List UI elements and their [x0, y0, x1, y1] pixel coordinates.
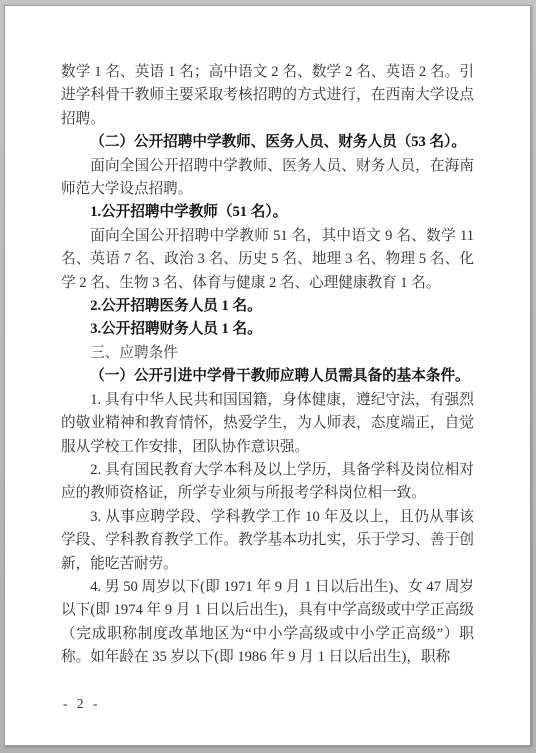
document-viewer-background: 数学 1 名、英语 1 名；高中语文 2 名、数学 2 名、英语 2 名。引进学… — [0, 0, 536, 753]
heading-basic-conditions: （一）公开引进中学骨干教师应聘人员需具备的基本条件。 — [61, 365, 474, 388]
paragraph-condition-2: 2. 具有国民教育大学本科及以上学历，具备学科及岗位相对应的教师资格证，所学专业… — [61, 459, 474, 506]
heading-teachers-51: 1.公开招聘中学教师（51 名）。 — [61, 201, 474, 224]
section-heading-application-conditions: 三、应聘条件 — [61, 342, 474, 365]
heading-open-recruitment-53: （二）公开招聘中学教师、医务人员、财务人员（53 名）。 — [61, 131, 474, 154]
heading-medical-staff-1: 2.公开招聘医务人员 1 名。 — [61, 295, 474, 318]
paragraph-recruitment-location: 面向全国公开招聘中学教师、医务人员、财务人员，在海南师范大学设点招聘。 — [61, 155, 474, 202]
page-number: - 2 - — [63, 696, 101, 712]
heading-finance-staff-1: 3.公开招聘财务人员 1 名。 — [61, 318, 474, 341]
paragraph-condition-3: 3. 从事应聘学段、学科教学工作 10 年及以上，且仍从事该学段、学科教育教学工… — [61, 506, 474, 576]
paragraph-subject-breakdown: 面向全国公开招聘中学教师 51 名，其中语文 9 名、数学 11 名、英语 7 … — [61, 225, 474, 295]
paragraph-continuation: 数学 1 名、英语 1 名；高中语文 2 名、数学 2 名、英语 2 名。引进学… — [61, 61, 474, 131]
document-page: 数学 1 名、英语 1 名；高中语文 2 名、数学 2 名、英语 2 名。引进学… — [4, 5, 531, 746]
paragraph-condition-1: 1. 具有中华人民共和国国籍，身体健康，遵纪守法，有强烈的敬业精神和教育情怀，热… — [61, 389, 474, 459]
document-text-block: 数学 1 名、英语 1 名；高中语文 2 名、数学 2 名、英语 2 名。引进学… — [61, 61, 474, 670]
paragraph-condition-4: 4. 男 50 周岁以下(即 1971 年 9 月 1 日以后出生)、女 47 … — [61, 576, 474, 670]
